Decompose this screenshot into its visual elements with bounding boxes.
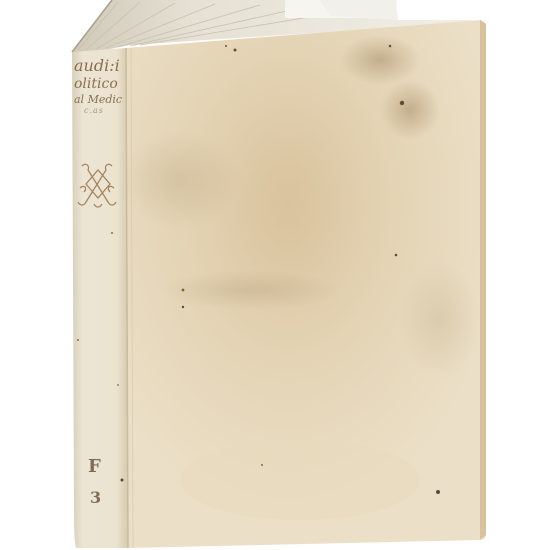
spine-title-line-2: olitico (74, 77, 126, 91)
spine-title: audi:i olitico al Medic c.as (74, 58, 126, 115)
shelfmark-letter: F (88, 456, 101, 477)
photo-scene: audi:i olitico al Medic c.as F 3 (0, 0, 550, 550)
spine-title-line-1: audi:i (74, 58, 126, 74)
spine-title-line-4: c.as (84, 107, 126, 115)
monogram-ornament-icon (76, 160, 120, 216)
spine-title-line-3: al Medic (74, 94, 126, 105)
shelfmark-number: 3 (90, 488, 101, 507)
